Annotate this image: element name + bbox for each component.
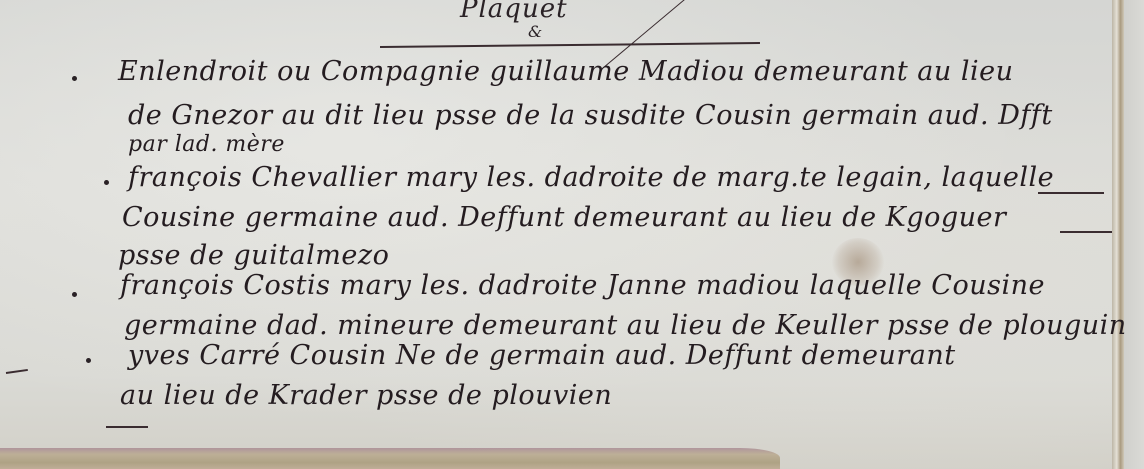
entry-4-line-1: yves Carré Cousin Ne de germain aud. Def…	[128, 340, 956, 371]
closing-rule	[106, 426, 148, 428]
entry-bullet	[104, 180, 109, 185]
entry-bullet	[86, 358, 91, 363]
facing-page-edge	[1124, 0, 1144, 469]
manuscript-page: Plaquet & Enlendroit ou Compagnie guilla…	[0, 0, 1144, 469]
page-heading-sub: &	[528, 22, 542, 41]
entry-1-line-3: par lad. mère	[128, 132, 285, 157]
entry-4-line-2: au lieu de Krader psse de plouvien	[120, 380, 612, 411]
page-bottom-edge	[0, 448, 780, 469]
entry-2-line-2: Cousine germaine aud. Deffunt demeurant …	[122, 202, 1006, 233]
entry-bullet	[72, 292, 77, 297]
entry-2-line-1: françois Chevallier mary les. dadroite d…	[128, 162, 1054, 193]
margin-mark	[6, 369, 28, 374]
entry-1-line-2: de Gnezor au dit lieu psse de la susdite…	[128, 100, 1053, 131]
page-binding-edge	[1112, 0, 1124, 469]
entry-1-line-1: Enlendroit ou Compagnie guillaume Madiou…	[118, 56, 1014, 87]
entry-bullet	[72, 76, 77, 81]
entry-2-line-3: psse de guitalmezo	[118, 240, 389, 271]
page-heading: Plaquet	[460, 0, 568, 24]
line-end-dash	[1060, 231, 1112, 233]
line-end-dash	[1038, 192, 1104, 194]
heading-rule	[380, 42, 760, 48]
entry-3-line-2: germaine dad. mineure demeurant au lieu …	[124, 310, 1127, 341]
entry-3-line-1: françois Costis mary les. dadroite Janne…	[120, 270, 1045, 301]
